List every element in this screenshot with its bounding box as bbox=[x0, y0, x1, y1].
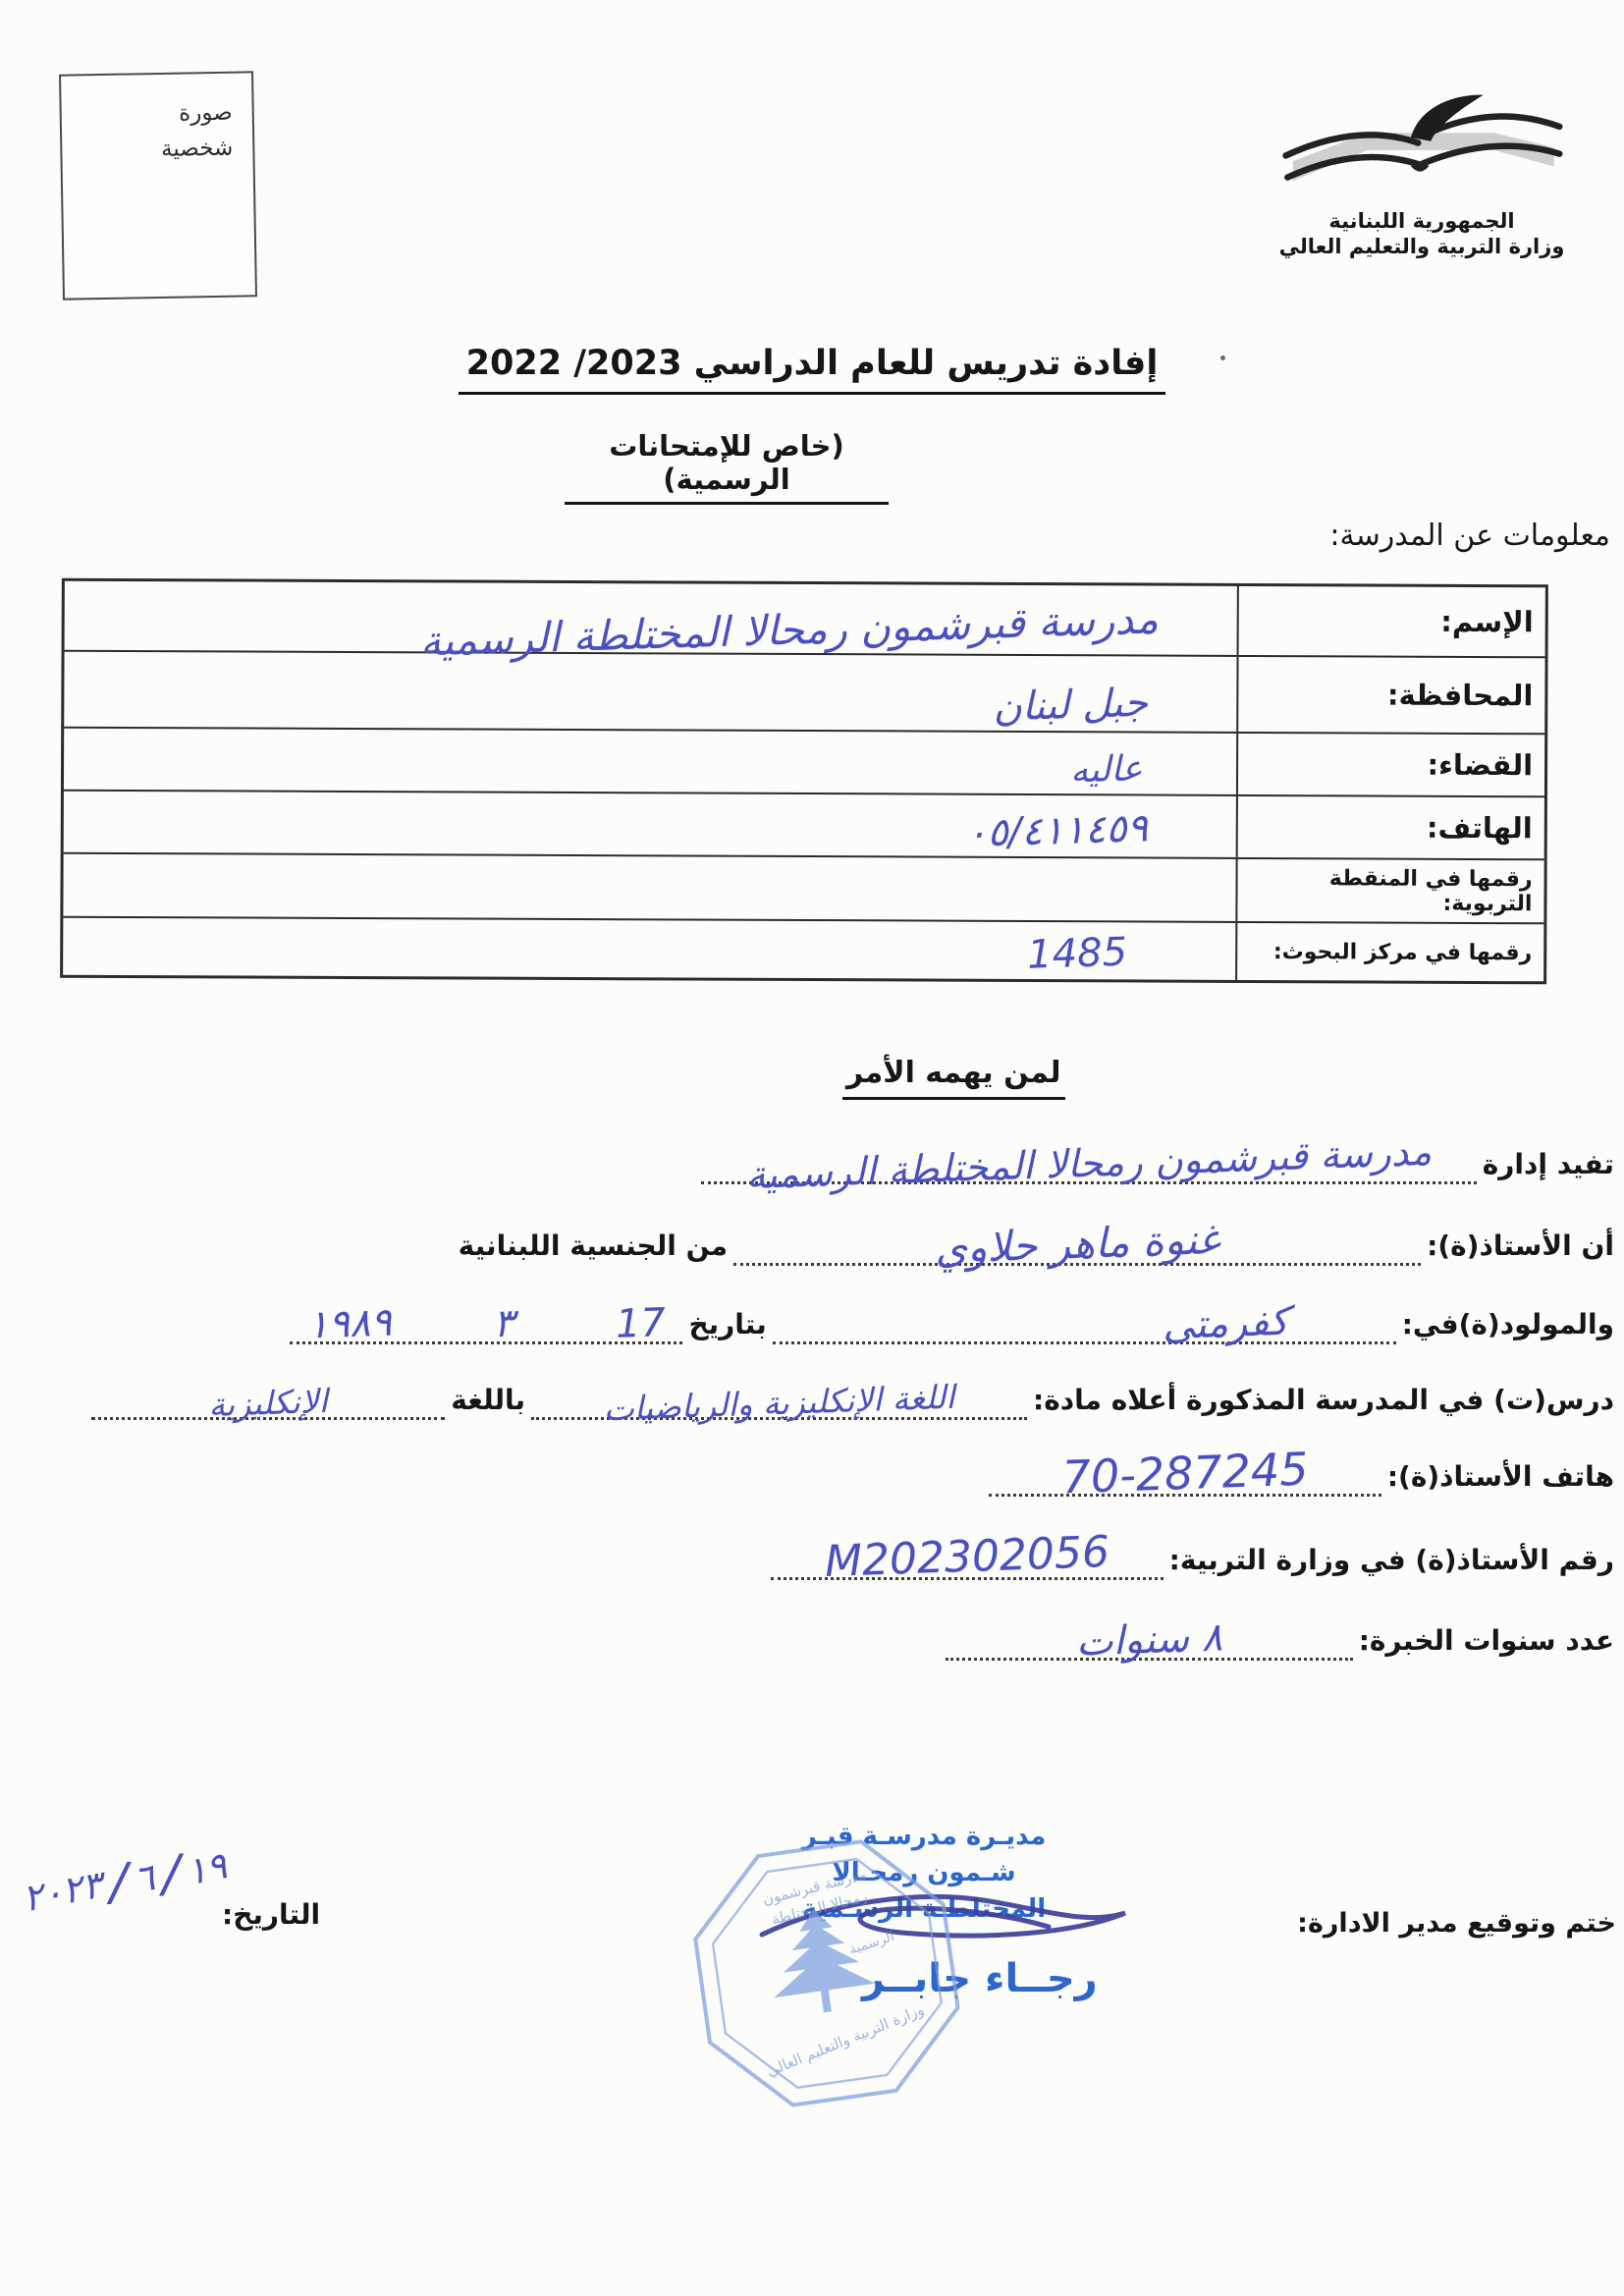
scan-speck bbox=[1220, 355, 1225, 360]
stamp-signature-label: ختم وتوقيع مدير الادارة: bbox=[1297, 1908, 1616, 1939]
handwritten-teacher-phone: 70-287245 bbox=[988, 1444, 1381, 1503]
dotted-blank: اللغة الإنكليزية والرياضيات bbox=[531, 1380, 1027, 1420]
handwritten-experience-years: ٨ سنوات bbox=[945, 1613, 1353, 1667]
handwritten-subject: اللغة الإنكليزية والرياضيات bbox=[531, 1378, 1028, 1428]
letter-line-subject: درس(ت) في المدرسة المذكورة أعلاه مادة: ا… bbox=[85, 1380, 1614, 1420]
handwritten-school-phone: ٠٥/٤١١٤٥٩ bbox=[965, 808, 1148, 853]
handwritten-birth-year: ١٩٨٩ bbox=[307, 1303, 393, 1345]
line2-label: أن الأستاذ(ة): bbox=[1427, 1230, 1614, 1266]
row-label-district: القضاء: bbox=[1236, 734, 1544, 795]
form-title: إفادة تدريس للعام الدراسي 2023/ 2022 bbox=[459, 344, 1166, 395]
dotted-blank: الإنكليزية bbox=[91, 1380, 445, 1420]
row-value-research-center-number: 1485 bbox=[63, 918, 1235, 980]
letter-line-ministry-id: رقم الأستاذ(ة) في وزارة التربية: M202302… bbox=[765, 1540, 1614, 1580]
table-row: رقمها في المنقطة التربوية: bbox=[63, 852, 1543, 923]
row-label-educational-zone-number: رقمها في المنقطة التربوية: bbox=[1235, 859, 1543, 922]
handwritten-birthdate: ١٩٨٩ ٣ 17 bbox=[290, 1304, 682, 1343]
dotted-blank: 70-287245 bbox=[989, 1456, 1381, 1497]
logo-country-name: الجمهورية اللبنانية bbox=[1267, 208, 1577, 234]
letter-line-teacher: أن الأستاذ(ة): غنوة ماهر حلاوي من الجنسي… bbox=[459, 1226, 1614, 1266]
school-info-heading: معلومات عن المدرسة: bbox=[1329, 519, 1610, 553]
line6-label: رقم الأستاذ(ة) في وزارة التربية: bbox=[1169, 1544, 1614, 1580]
row-value-educational-zone-number bbox=[63, 854, 1235, 921]
open-book-logo-icon bbox=[1274, 90, 1569, 208]
row-label-governorate: المحافظة: bbox=[1236, 657, 1544, 733]
handwritten-teaching-language: الإنكليزية bbox=[91, 1381, 446, 1426]
handwritten-birthplace: كفرمتى bbox=[1162, 1302, 1289, 1345]
row-value-governorate: جبل لبنان bbox=[64, 652, 1236, 732]
letter-line-school: تفيد إدارة مدرسة قبرشمون رمحالا المختلطة… bbox=[695, 1144, 1614, 1184]
line3-label: والمولود(ة)في: bbox=[1402, 1308, 1614, 1344]
date-label: التاريخ: bbox=[222, 1898, 320, 1931]
line3-date-word: بتاريخ bbox=[688, 1308, 766, 1344]
handwritten-date-day: ١٩ bbox=[184, 1847, 230, 1891]
handwritten-district: عاليه bbox=[1070, 751, 1144, 789]
row-value-district: عاليه bbox=[64, 729, 1236, 794]
photo-box-label-line2: شخصية bbox=[161, 131, 234, 167]
photo-box-label-line1: صورة bbox=[160, 95, 233, 132]
photo-box-label: صورة شخصية bbox=[160, 95, 234, 167]
line2-nationality: من الجنسية اللبنانية bbox=[459, 1230, 729, 1266]
handwritten-administration-name: مدرسة قبرشمون رمحالا المختلطة الرسمية bbox=[700, 1131, 1477, 1197]
row-label-research-center-number: رقمها في مركز البحوث: bbox=[1235, 923, 1543, 981]
personal-photo-box: صورة شخصية bbox=[59, 71, 257, 300]
dotted-blank: ١٩٨٩ ٣ 17 bbox=[290, 1304, 682, 1344]
scanned-teaching-certificate-form: صورة شخصية الجمهورية اللبنانية وزارة الت… bbox=[0, 0, 1624, 2296]
letter-heading-wrap: لمن يهمه الأمر bbox=[842, 1056, 1065, 1100]
handwritten-teacher-name: غنوة ماهر حلاوي bbox=[733, 1212, 1422, 1277]
official-octagon-stamp: مدرسة قبرشمون رمحالا المختلطة الرسمية وز… bbox=[680, 1834, 995, 2129]
table-row: المحافظة: جبل لبنان bbox=[64, 650, 1544, 734]
dotted-blank: غنوة ماهر حلاوي bbox=[733, 1226, 1421, 1266]
stamp-arc-text: وزارة التربية والتعليم العالي bbox=[764, 2000, 927, 2081]
dotted-blank: M202302056 bbox=[771, 1540, 1164, 1580]
handwritten-governorate: جبل لبنان bbox=[993, 683, 1149, 728]
row-label-phone: الهاتف: bbox=[1236, 796, 1544, 858]
date-separator: / bbox=[162, 1851, 180, 1897]
table-row: القضاء: عاليه bbox=[64, 727, 1544, 796]
handwritten-date-month: ٦ bbox=[131, 1859, 157, 1899]
row-label-name: الإسم: bbox=[1237, 586, 1545, 656]
line7-label: عدد سنوات الخبرة: bbox=[1359, 1624, 1614, 1661]
dotted-blank: كفرمتى bbox=[773, 1304, 1396, 1344]
letter-heading: لمن يهمه الأمر bbox=[842, 1056, 1065, 1100]
form-title-wrap: إفادة تدريس للعام الدراسي 2023/ 2022 bbox=[0, 344, 1624, 395]
handwritten-birth-day: 17 bbox=[615, 1303, 666, 1344]
stamp-text-line3: الرسمية bbox=[847, 1929, 896, 1958]
handwritten-date-year: ٢٠٢٣ bbox=[20, 1866, 105, 1918]
letter-line-phone: هاتف الأستاذ(ة): 70-287245 bbox=[983, 1456, 1614, 1497]
school-info-table: الإسم: مدرسة قبرشمون رمحالا المختلطة الر… bbox=[60, 578, 1548, 985]
handwritten-ministry-id: M202302056 bbox=[770, 1529, 1164, 1586]
table-row: الهاتف: ٠٥/٤١١٤٥٩ bbox=[64, 790, 1544, 859]
ministry-logo: الجمهورية اللبنانية وزارة التربية والتعل… bbox=[1267, 90, 1577, 260]
table-row: رقمها في مركز البحوث: 1485 bbox=[63, 916, 1543, 982]
form-subtitle-wrap: (خاص للإمتحانات الرسمية) bbox=[565, 429, 889, 505]
handwritten-research-center-number: 1485 bbox=[1027, 933, 1128, 975]
handwritten-date: ٢٠٢٣ / ٦ / ١٩ bbox=[20, 1843, 231, 1921]
line4-language-word: باللغة bbox=[451, 1384, 525, 1420]
table-row: الإسم: مدرسة قبرشمون رمحالا المختلطة الر… bbox=[65, 581, 1545, 657]
dotted-blank: ٨ سنوات bbox=[946, 1620, 1353, 1661]
row-value-phone: ٠٥/٤١١٤٥٩ bbox=[64, 792, 1236, 857]
row-value-name: مدرسة قبرشمون رمحالا المختلطة الرسمية bbox=[65, 581, 1237, 655]
letter-line-experience: عدد سنوات الخبرة: ٨ سنوات bbox=[940, 1620, 1614, 1661]
date-separator: / bbox=[109, 1860, 127, 1906]
logo-ministry-name: وزارة التربية والتعليم العالي bbox=[1267, 234, 1577, 260]
letter-line-birth: والمولود(ة)في: كفرمتى بتاريخ ١٩٨٩ ٣ 17 bbox=[284, 1304, 1614, 1344]
line1-label: تفيد إدارة bbox=[1483, 1148, 1614, 1184]
form-subtitle: (خاص للإمتحانات الرسمية) bbox=[565, 429, 889, 505]
handwritten-school-name: مدرسة قبرشمون رمحالا المختلطة الرسمية bbox=[419, 598, 1159, 662]
line5-label: هاتف الأستاذ(ة): bbox=[1387, 1460, 1614, 1497]
line4-label: درس(ت) في المدرسة المذكورة أعلاه مادة: bbox=[1033, 1384, 1614, 1420]
dotted-blank: مدرسة قبرشمون رمحالا المختلطة الرسمية bbox=[701, 1144, 1477, 1184]
handwritten-birth-month: ٣ bbox=[493, 1304, 515, 1344]
